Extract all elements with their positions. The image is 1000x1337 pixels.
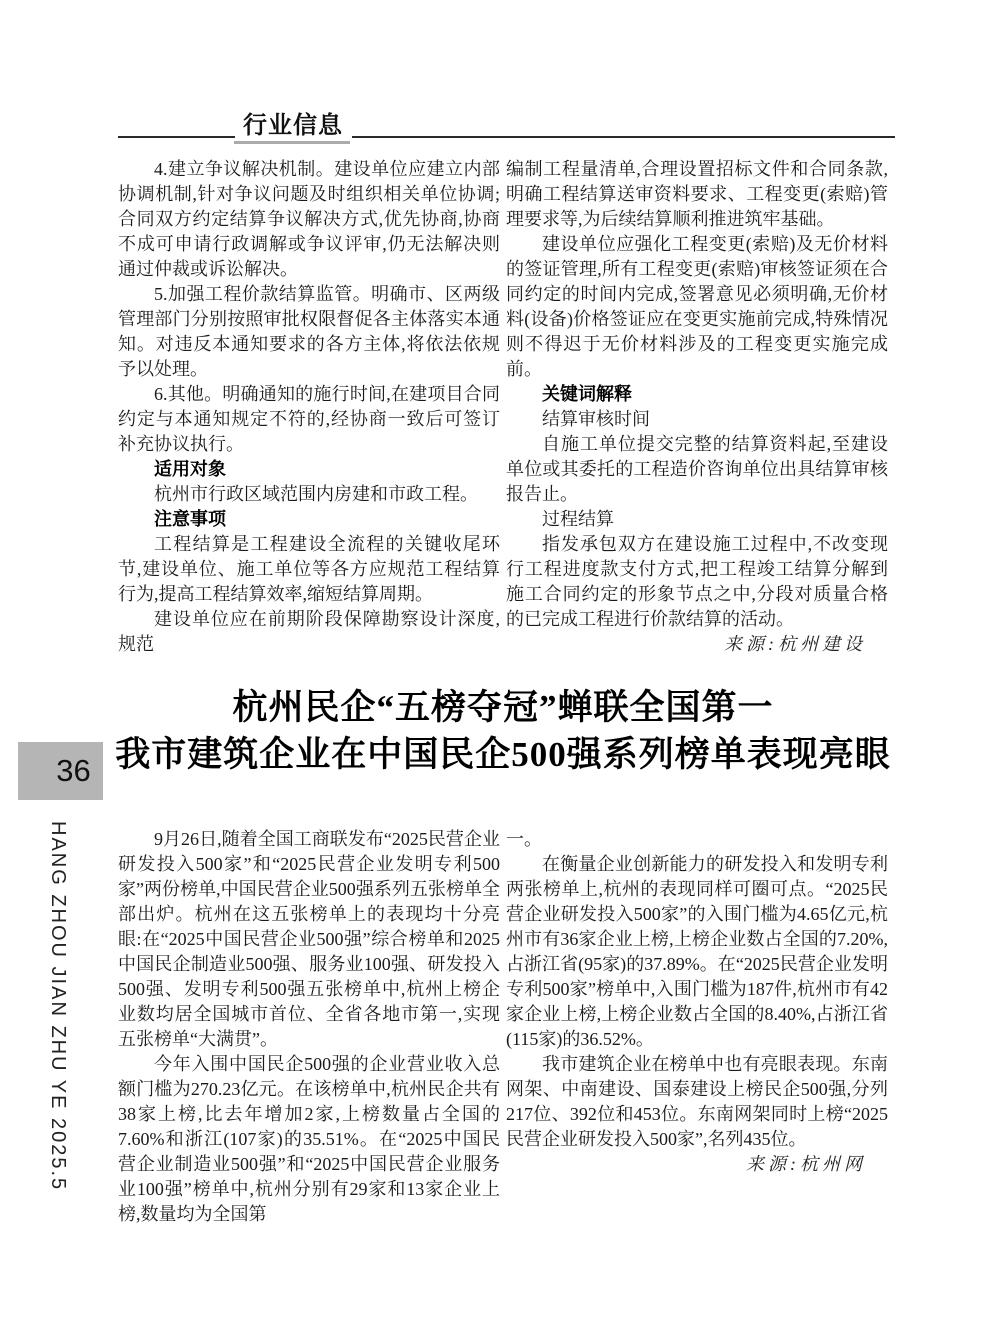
paragraph: 9月26日,随着全国工商联发布“2025民营企业研发投入500家”和“2025民…	[118, 827, 500, 1052]
article-title-line1: 杭州民企“五榜夺冠”蝉联全国第一	[100, 684, 906, 731]
header-rule-right	[352, 136, 895, 138]
paragraph: 一。	[506, 827, 888, 852]
bottom-article-left-column: 9月26日,随着全国工商联发布“2025民营企业研发投入500家”和“2025民…	[118, 827, 500, 1227]
page-number-badge: 36	[18, 742, 103, 800]
paragraph: 编制工程量清单,合理设置招标文件和合同条款,明确工程结算送审资料要求、工程变更(…	[506, 157, 888, 232]
paragraph: 建设单位应强化工程变更(索赔)及无价材料的签证管理,所有工程变更(索赔)审核签证…	[506, 232, 888, 382]
journal-spine-text: HANG ZHOU JIAN ZHU YE 2025.5	[46, 821, 69, 1177]
paragraph: 在衡量企业创新能力的研发投入和发明专利两张榜单上,杭州的表现同样可圈可点。“20…	[506, 852, 888, 1052]
source-attribution: 来源:杭州网	[506, 1152, 888, 1177]
paragraph: 我市建筑企业在榜单中也有亮眼表现。东南网架、中南建设、国泰建设上榜民企500强,…	[506, 1052, 888, 1152]
paragraph: 5.加强工程价款结算监管。明确市、区两级管理部门分别按照审批权限督促各主体落实本…	[118, 282, 500, 382]
bottom-article-right-column: 一。 在衡量企业创新能力的研发投入和发明专利两张榜单上,杭州的表现同样可圈可点。…	[506, 827, 888, 1227]
section-label: 行业信息	[243, 105, 343, 140]
page-number: 36	[56, 753, 90, 789]
paragraph: 工程结算是工程建设全流程的关键收尾环节,建设单位、施工单位等各方应规范工程结算行…	[118, 532, 500, 607]
paragraph: 6.其他。明确通知的施行时间,在建项目合同约定与本通知规定不符的,经协商一致后可…	[118, 382, 500, 457]
article-title: 杭州民企“五榜夺冠”蝉联全国第一 我市建筑企业在中国民企500强系列榜单表现亮眼	[100, 684, 906, 778]
keyword-subheading: 过程结算	[506, 507, 888, 532]
paragraph: 杭州市行政区域范围内房建和市政工程。	[118, 482, 500, 507]
paragraph: 自施工单位提交完整的结算资料起,至建设单位或其委托的工程造价咨询单位出具结算审核…	[506, 432, 888, 507]
bottom-article: 9月26日,随着全国工商联发布“2025民营企业研发投入500家”和“2025民…	[118, 827, 888, 1227]
paragraph: 指发承包双方在建设施工过程中,不改变现行工程进度款支付方式,把工程竣工结算分解到…	[506, 532, 888, 632]
keyword-subheading: 结算审核时间	[506, 407, 888, 432]
paragraph: 今年入围中国民企500强的企业营业收入总额门槛为270.23亿元。在该榜单中,杭…	[118, 1052, 500, 1227]
section-heading: 注意事项	[118, 507, 500, 532]
paragraph: 建设单位应在前期阶段保障勘察设计深度,规范	[118, 607, 500, 657]
top-article: 4.建立争议解决机制。建设单位应建立内部协调机制,针对争议问题及时组织相关单位协…	[118, 157, 888, 657]
section-label-underline	[234, 141, 350, 144]
magazine-page: 行业信息 4.建立争议解决机制。建设单位应建立内部协调机制,针对争议问题及时组织…	[0, 0, 1000, 1337]
article-title-line2: 我市建筑企业在中国民企500强系列榜单表现亮眼	[100, 731, 906, 778]
source-attribution: 来源:杭州建设	[506, 632, 888, 657]
section-heading: 适用对象	[118, 457, 500, 482]
top-article-right-column: 编制工程量清单,合理设置招标文件和合同条款,明确工程结算送审资料要求、工程变更(…	[506, 157, 888, 657]
top-article-left-column: 4.建立争议解决机制。建设单位应建立内部协调机制,针对争议问题及时组织相关单位协…	[118, 157, 500, 657]
paragraph: 4.建立争议解决机制。建设单位应建立内部协调机制,针对争议问题及时组织相关单位协…	[118, 157, 500, 282]
section-heading: 关键词解释	[506, 382, 888, 407]
header-rule-left	[118, 136, 235, 138]
